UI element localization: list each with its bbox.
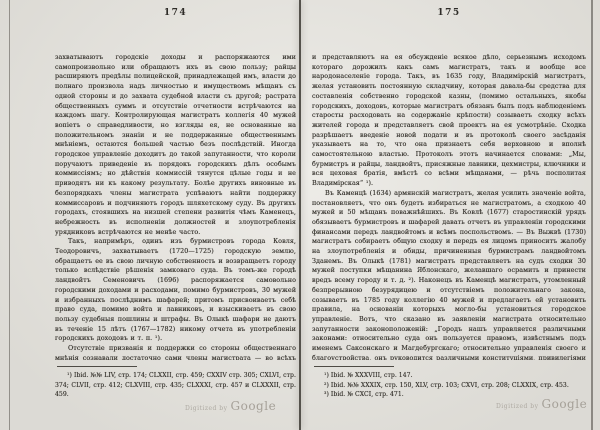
footnote-divider: [57, 366, 137, 367]
paragraph: Отсутствіе призванія и поддержки со стор…: [55, 344, 296, 360]
paragraph: Такъ, напримѣръ, одинъ изъ бурмистровъ г…: [55, 237, 296, 344]
google-logo-text: Google: [231, 399, 277, 413]
page-body-text: захватываютъ городскіе доходы и распоряж…: [55, 53, 296, 360]
footnote: ¹) Ibid. № XXXVIII, стр. 147.: [312, 371, 586, 381]
footnote-divider: [314, 366, 394, 367]
book-scan: 174 захватываютъ городскіе доходы и расп…: [0, 0, 600, 430]
paragraph: и представляютъ на ея обсужденіе всякое …: [312, 53, 586, 189]
page-body-text: и представляютъ на ея обсужденіе всякое …: [312, 53, 586, 360]
footnote: ²) Ibid. №№ XXXIX, стр. 150, XLV, стр. 1…: [312, 381, 586, 391]
page-number: 175: [312, 8, 586, 18]
digitized-by-label: Digitized by: [496, 403, 539, 410]
google-watermark: Digitized byGoogle: [496, 393, 587, 412]
book-page-right: 175 и представляютъ на ея обсужденіе вся…: [301, 0, 600, 430]
google-watermark: Digitized byGoogle: [185, 395, 276, 414]
paragraph: Въ Каменцѣ (1634) армянскій магистратъ, …: [312, 189, 586, 360]
google-logo-text: Google: [542, 397, 588, 411]
book-page-left: 174 захватываютъ городскіе доходы и расп…: [10, 0, 299, 430]
digitized-by-label: Digitized by: [185, 405, 228, 412]
paragraph: захватываютъ городскіе доходы и распоряж…: [55, 53, 296, 237]
page-number: 174: [55, 8, 296, 18]
